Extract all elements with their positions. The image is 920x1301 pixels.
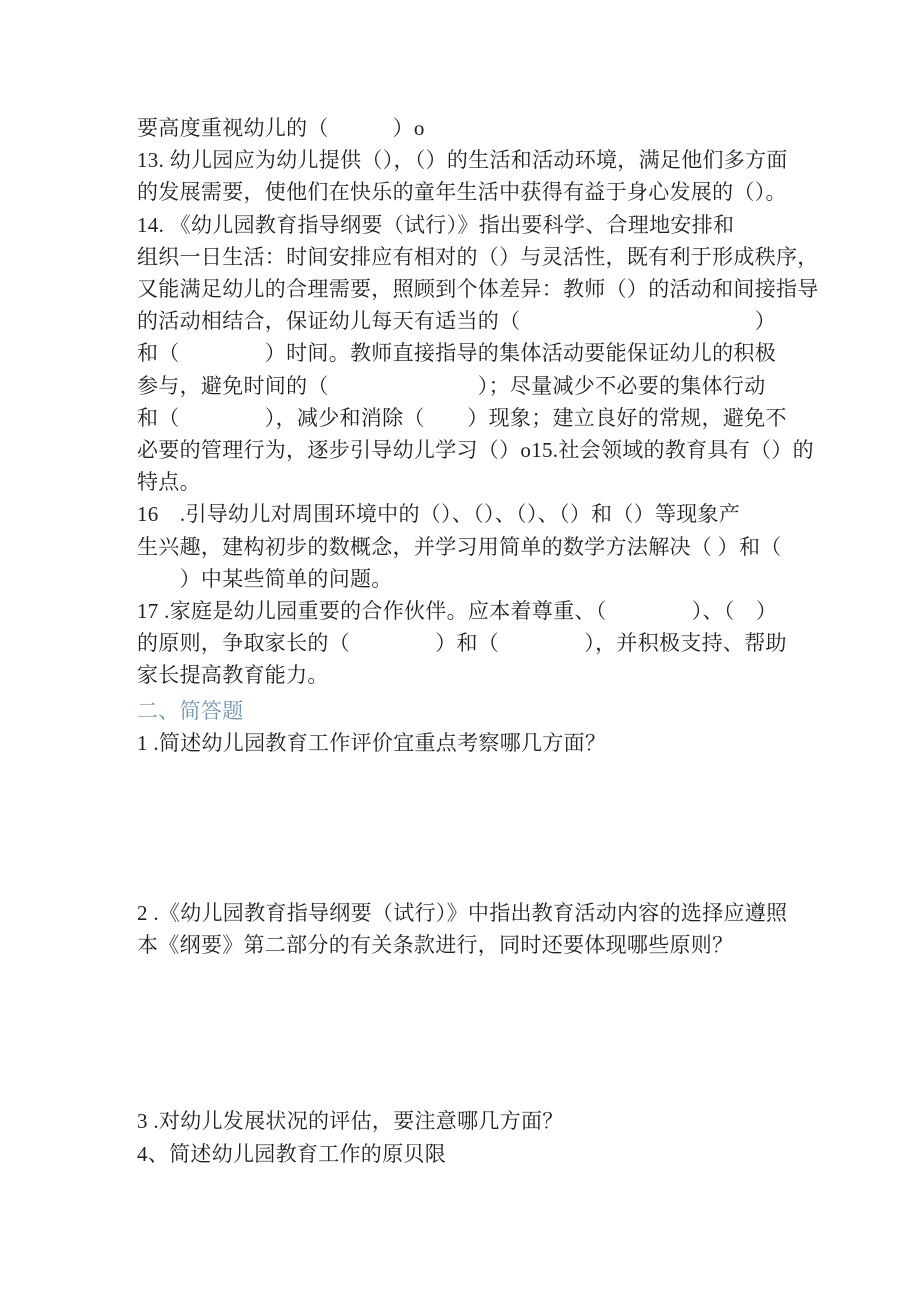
fill-blank-line: 的原则，争取家长的（ ）和（ ），并积极支持、帮助 [137, 627, 830, 659]
fill-blank-line: 13. 幼儿园应为幼儿提供（），（）的生活和活动环境，满足他们多方面 [137, 144, 830, 176]
fill-blank-line: 17 .家庭是幼儿园重要的合作伙伴。应本着尊重、（ ）、（ ） [137, 595, 830, 627]
fill-blank-line: 要高度重视幼儿的（ ）o [137, 112, 830, 144]
short-answer-question-4: 4、简述幼儿园教育工作的原贝限 [137, 1138, 830, 1170]
fill-blank-line: 生兴趣，建构初步的数概念，并学习用简单的数学方法解决（ ）和（ [137, 531, 830, 563]
fill-blank-line: 特点。 [137, 466, 830, 498]
document-page: 要高度重视幼儿的（ ）o 13. 幼儿园应为幼儿提供（），（）的生活和活动环境，… [0, 0, 920, 1301]
answer-space [137, 961, 830, 1105]
answer-space [137, 759, 830, 897]
short-answer-question-3: 3 .对幼儿发展状况的评估，要注意哪几方面？ [137, 1105, 830, 1137]
fill-blank-line: 的活动相结合，保证幼儿每天有适当的（ ） [137, 305, 830, 337]
fill-blank-line: 家长提高教育能力。 [137, 659, 830, 691]
short-answer-question-2-line-1: 2 .《幼儿园教育指导纲要（试行）》中指出教育活动内容的选择应遵照 [137, 897, 830, 929]
fill-blank-line: 14. 《幼儿园教育指导纲要（试行）》指出要科学、合理地安排和 [137, 209, 830, 241]
fill-blank-line: ）中某些简单的问题。 [137, 563, 830, 595]
section-heading-short-answer: 二、简答题 [137, 695, 830, 727]
fill-blank-line: 16 .引导幼儿对周围环境中的（）、（）、（）、（）和（）等现象产 [137, 498, 830, 530]
fill-blank-line: 又能满足幼儿的合理需要，照顾到个体差异：教师（）的活动和间接指导 [137, 273, 830, 305]
fill-blank-line: 的发展需要，使他们在快乐的童年生活中获得有益于身心发展的（）。 [137, 176, 830, 208]
fill-blank-line: 必要的管理行为，逐步引导幼儿学习（）o15.社会领域的教育具有（）的 [137, 434, 830, 466]
fill-blank-line: 参与，避免时间的（ ）；尽量减少不必要的集体行动 [137, 370, 830, 402]
short-answer-question-1: 1 .简述幼儿园教育工作评价宜重点考察哪几方面？ [137, 727, 830, 759]
short-answer-question-2-line-2: 本《纲要》第二部分的有关条款进行，同时还要体现哪些原则？ [137, 929, 830, 961]
fill-blank-line: 和（ ），减少和消除（ ）现象；建立良好的常规，避免不 [137, 402, 830, 434]
fill-blank-line: 组织一日生活：时间安排应有相对的（）与灵活性，既有利于形成秩序， [137, 241, 830, 273]
fill-blank-line: 和（ ）时间。教师直接指导的集体活动要能保证幼儿的积极 [137, 337, 830, 369]
